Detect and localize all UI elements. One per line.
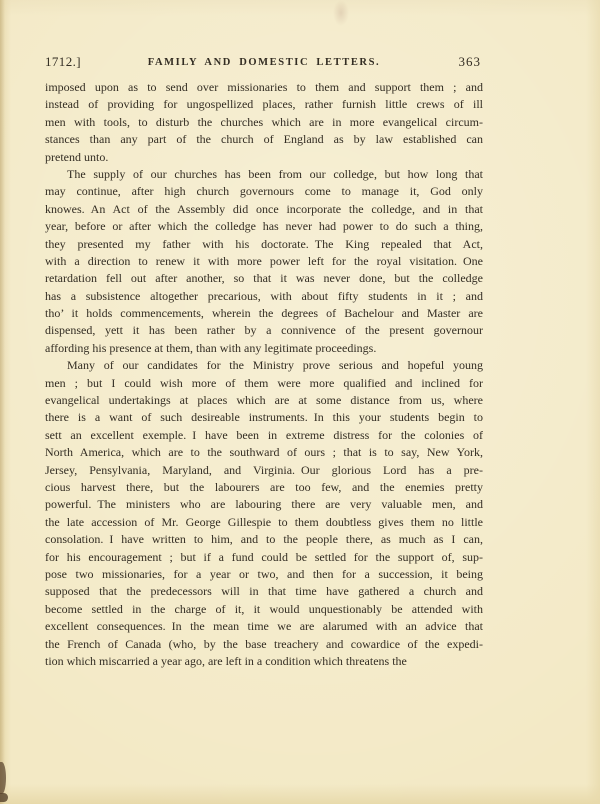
scan-smudge: [333, 0, 349, 26]
text-line: cious harvest there, but the labourers a…: [45, 479, 483, 496]
text-line: men ; but I could wish more of them were…: [45, 375, 483, 392]
header-running-title: FAMILY AND DOMESTIC LETTERS.: [45, 57, 483, 69]
text-line: tion which miscarried a year ago, are le…: [45, 653, 483, 670]
text-line: instead of providing for ungospellized p…: [45, 96, 483, 113]
text-line: the French of Canada (who, by the base t…: [45, 636, 483, 653]
text-line: there is a want of such desireable instr…: [45, 409, 483, 426]
text-line: pose two missionaries, for a year or two…: [45, 566, 483, 583]
scanned-book-page: 1712.] FAMILY AND DOMESTIC LETTERS. 363 …: [0, 0, 600, 804]
text-line: Jersey, Pensylvania, Maryland, and Virgi…: [45, 462, 483, 479]
text-line: tho’ it holds commencements, wherein the…: [45, 305, 483, 322]
text-line: supposed that the predecessors will in t…: [45, 583, 483, 600]
text-line: they presented my father with his doctor…: [45, 236, 483, 253]
text-line: sett an excellent exemple. I have been i…: [45, 427, 483, 444]
text-line: for his encouragement ; but if a fund co…: [45, 549, 483, 566]
text-line: retardation fell out after another, so t…: [45, 270, 483, 287]
text-line: powerful. The ministers who are labourin…: [45, 496, 483, 513]
text-line: has a subsistence altogether precarious,…: [45, 288, 483, 305]
page-header: 1712.] FAMILY AND DOMESTIC LETTERS. 363: [45, 54, 483, 72]
text-line: become settled in the charge of it, it w…: [45, 601, 483, 618]
page-left-edge-shadow: [0, 0, 5, 804]
text-line: stances than any part of the church of E…: [45, 131, 483, 148]
text-line: pretend unto.: [45, 149, 483, 166]
scan-ink-blot: [0, 762, 6, 794]
paragraph: Many of our candidates for the Ministry …: [45, 357, 483, 670]
text-line: consolation. I have written to him, and …: [45, 531, 483, 548]
text-line: the late accession of Mr. George Gillesp…: [45, 514, 483, 531]
text-line: North America, which are to the southwar…: [45, 444, 483, 461]
header-page-number: 363: [459, 54, 482, 70]
text-block: imposed upon as to send over missionarie…: [45, 79, 483, 670]
text-line: may continue, after high church governou…: [45, 183, 483, 200]
text-line: with a direction to renew it with more p…: [45, 253, 483, 270]
text-line: evangelical undertakings at places which…: [45, 392, 483, 409]
text-line: Many of our candidates for the Ministry …: [45, 357, 483, 374]
text-line: dispensed, yett it has been rather by a …: [45, 322, 483, 339]
text-line: excellent consequences. In the mean time…: [45, 618, 483, 635]
scan-ink-speck: [0, 793, 8, 802]
text-line: year, before or after which the colledge…: [45, 218, 483, 235]
text-line: imposed upon as to send over missionarie…: [45, 79, 483, 96]
paragraph: imposed upon as to send over missionarie…: [45, 79, 483, 166]
paragraph: The supply of our churches has been from…: [45, 166, 483, 357]
text-line: affording his presence at them, than wit…: [45, 340, 483, 357]
text-line: men with tools, to disturb the churches …: [45, 114, 483, 131]
text-line: knowes. An Act of the Assembly did once …: [45, 201, 483, 218]
text-line: The supply of our churches has been from…: [45, 166, 483, 183]
